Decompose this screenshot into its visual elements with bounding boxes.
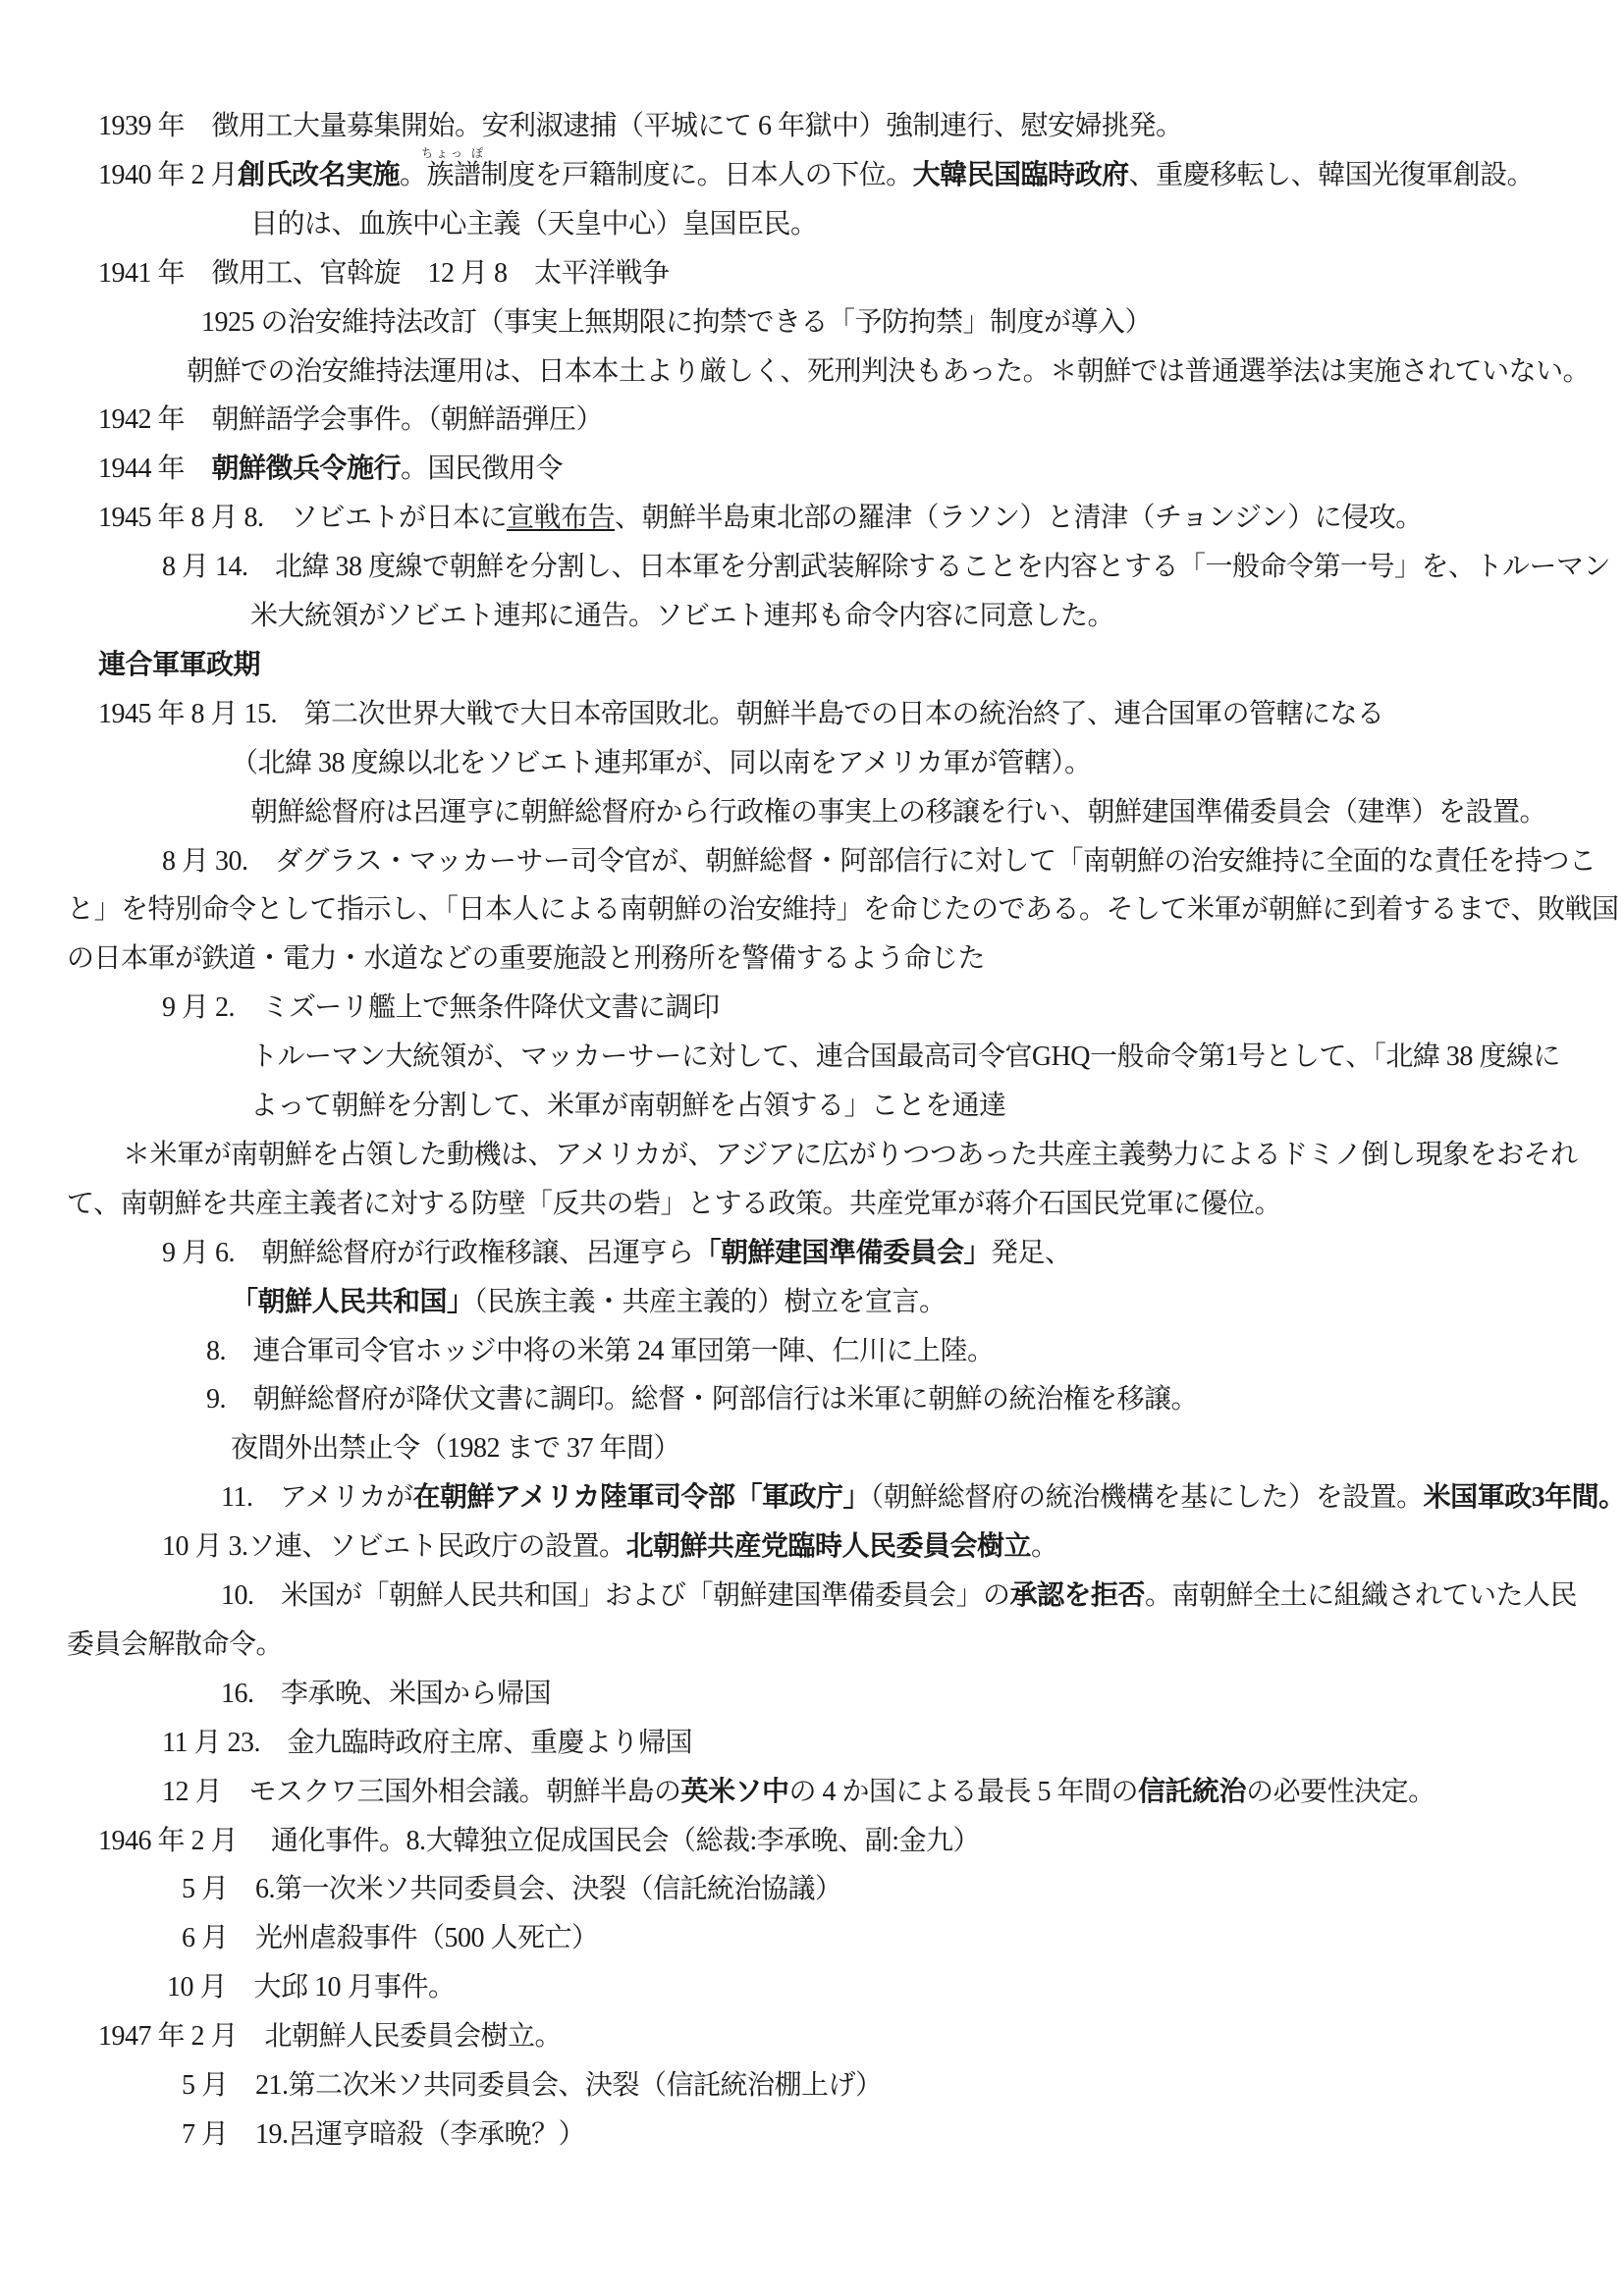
text-line: 1947 年 2 月 北朝鮮人民委員会樹立。 [98, 2021, 562, 2053]
text-run: 12 月 モスクワ三国外相会議。朝鮮半島の [162, 1777, 681, 1807]
text-line: 11. アメリカが在朝鮮アメリカ陸軍司令部「軍政庁」（朝鮮総督府の統治機構を基に… [221, 1482, 1624, 1514]
text-line: 1942 年 朝鮮語学会事件。（朝鮮語弾圧） [98, 404, 603, 436]
text-line: 9 月 6. 朝鮮総督府が行政権移譲、呂運亨ら「朝鮮建国準備委員会」発足、 [162, 1238, 1072, 1269]
text-line: 8 月 14. 北緯 38 度線で朝鮮を分割し、日本軍を分割武装解除することを内… [162, 552, 1610, 583]
text-run: と」を特別命令として指示し、「日本人による南朝鮮の治安維持」を命じたのである。そ… [67, 894, 1618, 925]
text-run: （朝鮮総督府の統治機構を基にした）を設置。 [870, 1482, 1424, 1513]
text-line: 連合軍軍政期 [98, 650, 260, 681]
text-run: 6 月 光州虐殺事件（500 人死亡） [182, 1923, 599, 1953]
emphasized-text: 米国軍政3年間。 [1424, 1482, 1624, 1513]
text-run: 7 月 19.呂運亨暗殺（李承晩？） [182, 2119, 585, 2150]
emphasized-text: 「朝鮮人民共和国」 [231, 1287, 474, 1317]
text-run: 9 月 6. 朝鮮総督府が行政権移譲、呂運亨ら [162, 1238, 694, 1268]
emphasized-text: 承認を拒否 [1010, 1580, 1146, 1611]
text-line: 委員会解散命令。 [67, 1629, 283, 1661]
text-run: 10. 米国が「朝鮮人民共和国」および「朝鮮建国準備委員会」の [221, 1580, 1010, 1611]
text-run: 1942 年 朝鮮語学会事件。（朝鮮語弾圧） [98, 404, 603, 435]
text-line: 8 月 30. ダグラス・マッカーサー司令官が、朝鮮総督・阿部信行に対して「南朝… [162, 846, 1597, 878]
text-run: 朝鮮での治安維持法運用は、日本本土より厳しく、死刑判決もあった。＊朝鮮では普通選… [187, 356, 1590, 387]
text-line: 8. 連合軍司令官ホッジ中将の米第 24 軍団第一陣、仁川に上陸。 [206, 1336, 995, 1367]
text-line: 6 月 光州虐殺事件（500 人死亡） [182, 1923, 599, 1954]
text-line: 1945 年 8 月 15. 第二次世界大戦で大日本帝国敗北。朝鮮半島での日本の… [98, 699, 1384, 730]
text-line: 1945 年 8 月 8. ソビエトが日本に宣戦布告、朝鮮半島東北部の羅津（ラソ… [98, 503, 1423, 534]
text-line: 1941 年 徴用工、官斡旋 12 月 8 太平洋戦争 [98, 258, 670, 290]
text-line: の日本軍が鉄道・電力・水道などの重要施設と刑務所を警備するよう命じた [67, 943, 985, 975]
ruby-annotated-text: 族譜ちょっ ぽ [427, 160, 481, 191]
text-run: トルーマン大統領が、マッカーサーに対して、連合国最高司令官GHQ一般命令第1号と… [250, 1041, 1560, 1072]
text-run: 1941 年 徴用工、官斡旋 12 月 8 太平洋戦争 [98, 258, 670, 289]
text-run: 1945 年 8 月 8. ソビエトが日本に [98, 503, 507, 533]
emphasized-text: 北朝鮮共産党臨時人民委員会樹立 [626, 1531, 1032, 1562]
text-line: 9. 朝鮮総督府が降伏文書に調印。総督・阿部信行は米軍に朝鮮の統治権を移譲。 [206, 1384, 1198, 1415]
text-run: よって朝鮮を分割して、米軍が南朝鮮を占領する」ことを通達 [250, 1091, 1005, 1121]
text-run: の必要性決定。 [1246, 1777, 1435, 1807]
emphasized-text: 創氏改名実施 [238, 160, 400, 190]
text-run: 9 月 2. ミズーリ艦上で無条件降伏文書に調印 [162, 992, 720, 1023]
emphasized-text: 在朝鮮アメリカ陸軍司令部「軍政庁」 [413, 1482, 871, 1513]
text-run: 。国民徴用令 [401, 454, 563, 484]
text-line: 1940 年 2 月創氏改名実施。族譜ちょっ ぽ制度を戸籍制度に。日本人の下位。… [98, 160, 1534, 191]
text-line: 5 月 21.第二次米ソ共同委員会、決裂（信託統治棚上げ） [182, 2070, 883, 2102]
text-line: と」を特別命令として指示し、「日本人による南朝鮮の治安維持」を命じたのである。そ… [67, 894, 1618, 926]
text-run: 1939 年 徴用工大量募集開始。安利淑逮捕（平城にて 6 年獄中）強制連行、慰… [98, 111, 1183, 141]
text-line: ＊米軍が南朝鮮を占領した動機は、アメリカが、アジアに広がりつつあった共産主義勢力… [123, 1140, 1578, 1171]
text-run: 1947 年 2 月 北朝鮮人民委員会樹立。 [98, 2021, 562, 2052]
text-run: （民族主義・共産主義的）樹立を宣言。 [474, 1287, 947, 1317]
text-line: 9 月 2. ミズーリ艦上で無条件降伏文書に調印 [162, 992, 720, 1024]
text-run: 制度を戸籍制度に。日本人の下位。 [481, 160, 913, 190]
text-line: 米大統領がソビエト連邦に通告。ソビエト連邦も命令内容に同意した。 [250, 601, 1114, 632]
emphasized-text: 朝鮮徴兵令施行 [212, 454, 402, 484]
text-run: 1946 年 2 月 通化事件。8.大韓独立促成国民会（総裁:李承晩、副:金九） [98, 1826, 980, 1856]
text-run: 1925 の治安維持法改訂（事実上無期限に拘禁できる「予防拘禁」制度が導入） [201, 307, 1152, 338]
text-run: 1945 年 8 月 15. 第二次世界大戦で大日本帝国敗北。朝鮮半島での日本の… [98, 699, 1384, 729]
text-line: 朝鮮での治安維持法運用は、日本本土より厳しく、死刑判決もあった。＊朝鮮では普通選… [187, 356, 1590, 388]
text-run: （北緯 38 度線以北をソビエト連邦軍が、同以南をアメリカ軍が管轄）。 [231, 748, 1092, 778]
text-line: 11 月 23. 金九臨時政府主席、重慶より帰国 [162, 1728, 692, 1759]
text-run: 朝鮮総督府は呂運亨に朝鮮総督府から行政権の事実上の移譲を行い、朝鮮建国準備委員会… [250, 797, 1546, 828]
text-line: 7 月 19.呂運亨暗殺（李承晩？） [182, 2119, 585, 2151]
furigana: ちょっ ぽ [421, 147, 486, 159]
text-line: トルーマン大統領が、マッカーサーに対して、連合国最高司令官GHQ一般命令第1号と… [250, 1041, 1560, 1073]
document-page: 1939 年 徴用工大量募集開始。安利淑逮捕（平城にて 6 年獄中）強制連行、慰… [0, 0, 1624, 2296]
text-run: 米大統領がソビエト連邦に通告。ソビエト連邦も命令内容に同意した。 [250, 601, 1114, 631]
text-line: 夜間外出禁止令（1982 まで 37 年間） [231, 1433, 680, 1465]
text-run: て、南朝鮮を共産主義者に対する防壁「反共の砦」とする政策。共産党軍が蒋介石国民党… [67, 1189, 1281, 1219]
text-line: 12 月 モスクワ三国外相会議。朝鮮半島の英米ソ中の 4 か国による最長 5 年… [162, 1777, 1435, 1808]
text-run: 1944 年 [98, 454, 212, 484]
text-line: 1946 年 2 月 通化事件。8.大韓独立促成国民会（総裁:李承晩、副:金九） [98, 1826, 980, 1857]
text-run: 11. アメリカが [221, 1482, 413, 1513]
text-run: 8. 連合軍司令官ホッジ中将の米第 24 軍団第一陣、仁川に上陸。 [206, 1336, 995, 1366]
text-run: ＊米軍が南朝鮮を占領した動機は、アメリカが、アジアに広がりつつあった共産主義勢力… [123, 1140, 1578, 1170]
text-run: 11 月 23. 金九臨時政府主席、重慶より帰国 [162, 1728, 692, 1758]
text-run: 10 月 3.ソ連、ソビエト民政庁の設置。 [162, 1531, 626, 1562]
text-line: 「朝鮮人民共和国」（民族主義・共産主義的）樹立を宣言。 [231, 1287, 947, 1318]
emphasized-text: 英米ソ中 [681, 1777, 789, 1807]
underlined-text: 宣戦布告 [507, 503, 615, 533]
text-run: の日本軍が鉄道・電力・水道などの重要施設と刑務所を警備するよう命じた [67, 943, 985, 974]
text-run: 5 月 21.第二次米ソ共同委員会、決裂（信託統治棚上げ） [182, 2070, 883, 2101]
text-line: 1944 年 朝鮮徴兵令施行。国民徴用令 [98, 454, 563, 485]
text-run: 発足、 [991, 1238, 1072, 1268]
text-line: 10 月 3.ソ連、ソビエト民政庁の設置。北朝鮮共産党臨時人民委員会樹立。 [162, 1531, 1058, 1563]
text-run: 、朝鮮半島東北部の羅津（ラソン）と清津（チョンジン）に侵攻。 [615, 503, 1423, 533]
text-line: 1925 の治安維持法改訂（事実上無期限に拘禁できる「予防拘禁」制度が導入） [201, 307, 1152, 339]
text-run: 5 月 6.第一次米ソ共同委員会、決裂（信託統治協議） [182, 1874, 842, 1904]
text-run: 9. 朝鮮総督府が降伏文書に調印。総督・阿部信行は米軍に朝鮮の統治権を移譲。 [206, 1384, 1198, 1415]
emphasized-text: 連合軍軍政期 [98, 650, 260, 680]
text-line: 1939 年 徴用工大量募集開始。安利淑逮捕（平城にて 6 年獄中）強制連行、慰… [98, 111, 1183, 142]
text-run: の 4 か国による最長 5 年間の [789, 1777, 1139, 1807]
text-run: 10 月 大邱 10 月事件。 [167, 1972, 456, 2002]
text-run: 8 月 30. ダグラス・マッカーサー司令官が、朝鮮総督・阿部信行に対して「南朝… [162, 846, 1597, 877]
text-run: 委員会解散命令。 [67, 1629, 283, 1660]
text-run: 。 [400, 160, 427, 190]
emphasized-text: 大韓民国臨時政府 [913, 160, 1129, 190]
text-run: 目的は、血族中心主義（天皇中心）皇国臣民。 [250, 209, 818, 240]
text-line: 10. 米国が「朝鮮人民共和国」および「朝鮮建国準備委員会」の承認を拒否。南朝鮮… [221, 1580, 1577, 1612]
text-run: 夜間外出禁止令（1982 まで 37 年間） [231, 1433, 680, 1464]
text-line: 16. 李承晩、米国から帰国 [221, 1679, 551, 1710]
text-run: 8 月 14. 北緯 38 度線で朝鮮を分割し、日本軍を分割武装解除することを内… [162, 552, 1610, 582]
emphasized-text: 信託統治 [1138, 1777, 1246, 1807]
text-line: 5 月 6.第一次米ソ共同委員会、決裂（信託統治協議） [182, 1874, 842, 1905]
text-line: 10 月 大邱 10 月事件。 [167, 1972, 456, 2003]
text-line: 目的は、血族中心主義（天皇中心）皇国臣民。 [250, 209, 818, 240]
text-run: 、重慶移転し、韓国光復軍創設。 [1129, 160, 1535, 190]
text-line: （北緯 38 度線以北をソビエト連邦軍が、同以南をアメリカ軍が管轄）。 [231, 748, 1092, 779]
emphasized-text: 「朝鮮建国準備委員会」 [694, 1238, 992, 1268]
text-run: 。 [1031, 1531, 1058, 1562]
text-line: て、南朝鮮を共産主義者に対する防壁「反共の砦」とする政策。共産党軍が蒋介石国民党… [67, 1189, 1281, 1220]
text-run: 16. 李承晩、米国から帰国 [221, 1679, 551, 1709]
text-run: 。南朝鮮全土に組織されていた人民 [1145, 1580, 1577, 1611]
text-line: 朝鮮総督府は呂運亨に朝鮮総督府から行政権の事実上の移譲を行い、朝鮮建国準備委員会… [250, 797, 1546, 828]
text-run: 1940 年 2 月 [98, 160, 238, 190]
text-line: よって朝鮮を分割して、米軍が南朝鮮を占領する」ことを通達 [250, 1091, 1005, 1122]
